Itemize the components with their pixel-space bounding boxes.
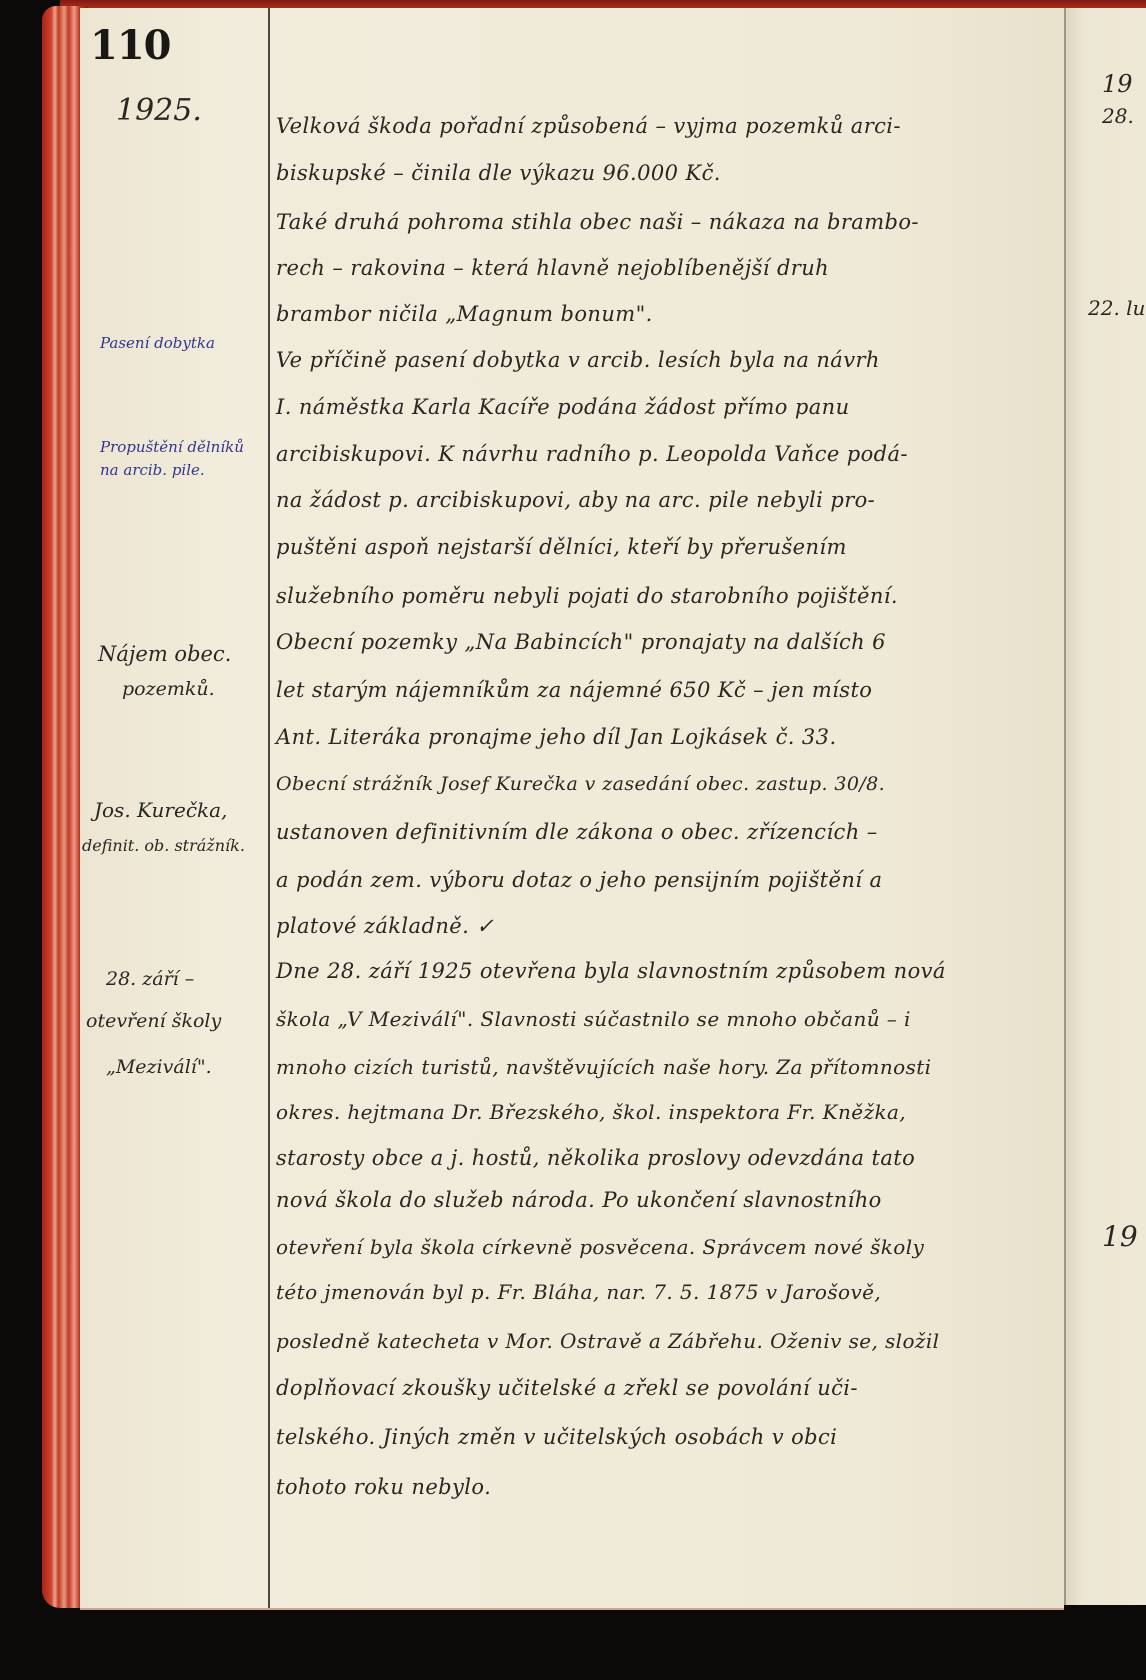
margin-note-kurecka-2: definit. ob. strážník. (82, 838, 245, 854)
body-line: arcibiskupovi. K návrhu radního p. Leopo… (276, 444, 908, 465)
body-line: Také druhá pohroma stihla obec naši – ná… (276, 212, 919, 233)
margin-note-skola-1: 28. září – (106, 970, 194, 989)
body-line: puštěni aspoň nejstarší dělníci, kteří b… (276, 537, 847, 558)
facing-page: 19 28. 22. lu 19 (1064, 8, 1146, 1605)
facing-note-date: 28. (1102, 104, 1134, 128)
margin-note-kurecka-1: Jos. Kurečka, (94, 800, 227, 820)
margin-note-najem-1: Nájem obec. (98, 644, 231, 665)
page-number: 110 (90, 22, 171, 69)
body-line: Ant. Literáka pronajme jeho díl Jan Lojk… (276, 727, 837, 748)
body-line: této jmenován byl p. Fr. Bláha, nar. 7. … (276, 1282, 881, 1302)
facing-note-date-2: 22. lu (1088, 296, 1145, 320)
body-line: rech – rakovina – která hlavně nejoblíbe… (276, 258, 829, 279)
body-line: let starým nájemníkům za nájemné 650 Kč … (276, 680, 872, 701)
margin-note-propuštění-1: Propuštění dělníků (100, 440, 244, 455)
margin-note-pasení: Pasení dobytka (100, 336, 215, 351)
body-line: služebního poměru nebyli pojati do staro… (276, 586, 898, 607)
body-line: nová škola do služeb národa. Po ukončení… (276, 1190, 882, 1211)
body-line: mnoho cizích turistů, navštěvujících naš… (276, 1057, 931, 1077)
margin-note-skola-2: otevření školy (86, 1012, 221, 1031)
body-line: posledně katecheta v Mor. Ostravě a Zábř… (276, 1331, 939, 1351)
body-line: Obecní pozemky „Na Babincích" pronajaty … (276, 632, 886, 653)
body-line: na žádost p. arcibiskupovi, aby na arc. … (276, 490, 875, 511)
body-line: platové základně. ✓ (276, 916, 494, 937)
body-line: tohoto roku nebylo. (276, 1477, 491, 1498)
body-line: okres. hejtmana Dr. Březského, škol. ins… (276, 1102, 906, 1122)
facing-note-year-2: 19 (1102, 1220, 1138, 1253)
body-line: starosty obce a j. hostů, několika prosl… (276, 1148, 915, 1169)
body-line: Ve příčině pasení dobytka v arcib. lesíc… (276, 350, 880, 371)
body-line: ustanoven definitivním dle zákona o obec… (276, 822, 878, 843)
left-page: 110 1925. Pasení dobytka Propuštění děln… (80, 8, 1064, 1610)
body-line: I. náměstka Karla Kacíře podána žádost p… (276, 397, 850, 418)
body-line: Dne 28. září 1925 otevřena byla slavnost… (276, 961, 946, 982)
body-line: Obecní strážník Josef Kurečka v zasedání… (276, 775, 885, 794)
body-line: brambor ničila „Magnum bonum". (276, 304, 653, 325)
margin-note-propuštění-2: na arcib. pile. (100, 463, 205, 478)
body-line: otevření byla škola církevně posvěcena. … (276, 1237, 924, 1257)
body-line: telského. Jiných změn v učitelských osob… (276, 1427, 837, 1448)
body-line: doplňovací zkoušky učitelské a zřekl se … (276, 1378, 858, 1399)
facing-note-year: 19 (1102, 70, 1133, 98)
year-heading: 1925. (116, 96, 202, 126)
margin-note-skola-3: „Meziválí". (106, 1058, 212, 1077)
body-line: Velková škoda pořadní způsobená – vyjma … (276, 116, 901, 137)
body-line: biskupské – činila dle výkazu 96.000 Kč. (276, 163, 721, 184)
body-line: a podán zem. výboru dotaz o jeho pensijn… (276, 870, 882, 891)
body-line: škola „V Meziválí". Slavnosti súčastnilo… (276, 1009, 911, 1029)
margin-note-najem-2: pozemků. (122, 680, 215, 699)
margin-rule (268, 8, 270, 1608)
